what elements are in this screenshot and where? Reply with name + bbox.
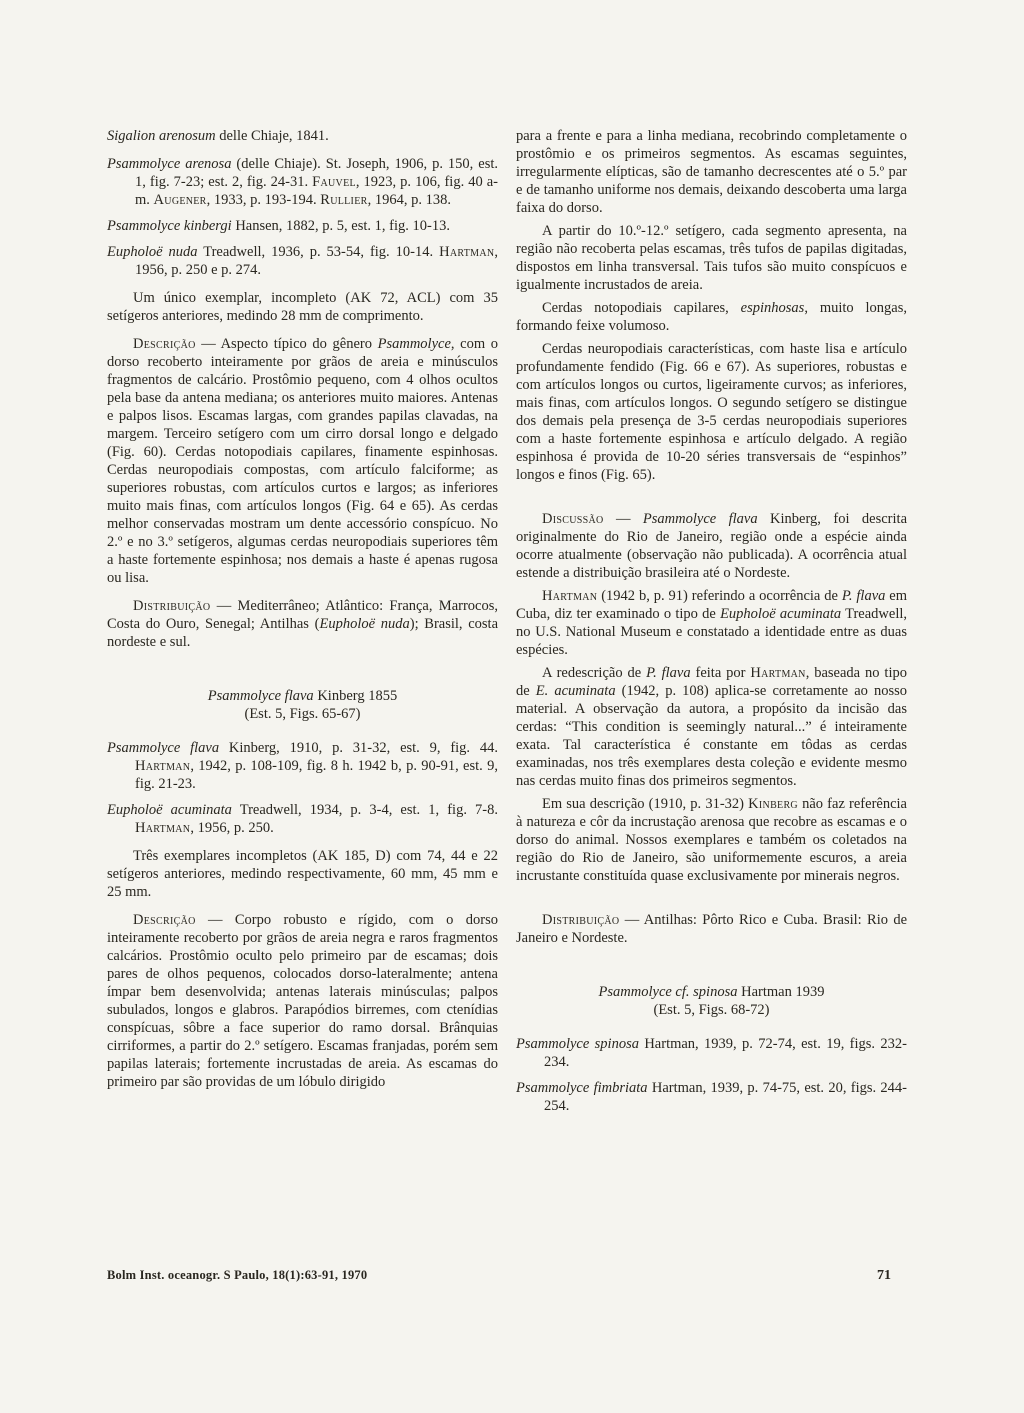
text-run: Três exemplares incompletos (AK 185, D) … [107,848,498,900]
page-number: 71 [877,1268,907,1284]
heading-line: (Est. 5, Figs. 68-72) [516,1001,907,1019]
text-run: A redescrição de [542,665,646,681]
italic-text-run: Psammolyce flava [208,688,314,704]
italic-text-run: Psammolyce flava [107,740,219,756]
smallcaps-text-run: Discussão [542,511,604,527]
page-footer: Bolm Inst. oceanogr. S Paulo, 18(1):63-9… [107,1268,907,1284]
italic-text-run: Psammolyce cf. spinosa [599,984,738,1000]
text-run: Cerdas notopodiais capilares, [542,300,741,316]
text-run: Kinberg 1855 [314,688,398,704]
text-run: Em sua descrição (1910, p. 31-32) [542,796,748,812]
body-paragraph: Cerdas notopodiais capilares, espinhosas… [516,299,907,335]
body-paragraph: A partir do 10.º-12.º setígero, cada seg… [516,222,907,294]
body-paragraph: Hartman (1942 b, p. 91) referindo a ocor… [516,587,907,659]
smallcaps-text-run: Hartman [439,244,494,260]
text-run: — Corpo robusto e rígido, com o dorso in… [107,912,498,1090]
reference-entry: Psammolyce flava Kinberg, 1910, p. 31-32… [107,739,498,793]
italic-text-run: Psammolyce fimbriata [516,1080,648,1096]
body-paragraph: Em sua descrição (1910, p. 31-32) Kinber… [516,795,907,885]
italic-text-run: P. flava [646,665,691,681]
smallcaps-text-run: Rullier [320,192,367,208]
italic-text-run: P. flava [842,588,886,604]
smallcaps-text-run: Hartman [135,758,190,774]
italic-text-run: Psammolyce flava [643,511,758,527]
italic-text-run: Eupholoë acuminata [720,606,841,622]
journal-citation: Bolm Inst. oceanogr. S Paulo, 18(1):63-9… [107,1268,367,1283]
italic-text-run: espinhosas [741,300,805,316]
italic-text-run: Psammolyce arenosa [107,156,231,172]
reference-entry: Eupholoë nuda Treadwell, 1936, p. 53-54,… [107,243,498,279]
smallcaps-text-run: Descrição [133,912,196,928]
body-paragraph: Descrição — Aspecto típico do gênero Psa… [107,335,498,587]
text-run: , 1933, p. 193-194. [207,192,321,208]
heading-line: Psammolyce flava Kinberg 1855 [107,687,498,705]
body-paragraph: para a frente e para a linha mediana, re… [516,127,907,217]
body-paragraph: Três exemplares incompletos (AK 185, D) … [107,847,498,901]
text-run: Cerdas neuropodiais características, com… [516,341,907,483]
text-run: A partir do 10.º-12.º setígero, cada seg… [516,223,907,293]
text-run: , com o dorso recoberto inteiramente por… [107,336,498,586]
body-paragraph: Discussão — Psammolyce flava Kinberg, fo… [516,510,907,582]
column-right: para a frente e para a linha mediana, re… [516,127,907,1123]
body-paragraph: Cerdas neuropodiais características, com… [516,340,907,484]
body-paragraph: Distribuição — Antilhas: Pôrto Rico e Cu… [516,911,907,947]
italic-text-run: Sigalion arenosum [107,128,216,144]
italic-text-run: Eupholoë nuda [319,616,409,632]
text-run: , 1964, p. 138. [368,192,451,208]
reference-entry: Psammolyce kinbergi Hansen, 1882, p. 5, … [107,217,498,235]
text-run: para a frente e para a linha mediana, re… [516,128,907,216]
two-column-layout: Sigalion arenosum delle Chiaje, 1841.Psa… [107,127,907,1123]
text-run: (1942 b, p. 91) referindo a ocorrência d… [597,588,842,604]
reference-entry: Psammolyce spinosa Hartman, 1939, p. 72-… [516,1035,907,1071]
body-paragraph: Descrição — Corpo robusto e rígido, com … [107,911,498,1091]
smallcaps-text-run: Hartman [542,588,597,604]
text-run: — Aspecto típico do gênero [196,336,378,352]
smallcaps-text-run: Descrição [133,336,196,352]
text-run: Treadwell, 1934, p. 3-4, est. 1, fig. 7-… [232,802,498,818]
smallcaps-text-run: Fauvel [312,174,356,190]
reference-entry: Sigalion arenosum delle Chiaje, 1841. [107,127,498,145]
text-run: Kinberg, 1910, p. 31-32, est. 9, fig. 44… [219,740,498,756]
heading-line: (Est. 5, Figs. 65-67) [107,705,498,723]
document-page: Sigalion arenosum delle Chiaje, 1841.Psa… [0,0,1024,1413]
smallcaps-text-run: Distribuição [133,598,210,614]
italic-text-run: Psammolyce spinosa [516,1036,639,1052]
smallcaps-text-run: Kinberg [748,796,798,812]
italic-text-run: Eupholoë nuda [107,244,198,260]
reference-entry: Psammolyce arenosa (delle Chiaje). St. J… [107,155,498,209]
reference-entry: Eupholoë acuminata Treadwell, 1934, p. 3… [107,801,498,837]
italic-text-run: E. acuminata [536,683,616,699]
smallcaps-text-run: Hartman [750,665,805,681]
smallcaps-text-run: Hartman [135,820,190,836]
text-run: (Est. 5, Figs. 65-67) [245,706,361,722]
body-paragraph: A redescrição de P. flava feita por Hart… [516,664,907,790]
text-run: — [604,511,643,527]
text-run: Um único exemplar, incompleto (AK 72, AC… [107,290,498,324]
text-run: delle Chiaje, 1841. [216,128,329,144]
text-run: Hartman 1939 [737,984,824,1000]
heading-line: Psammolyce cf. spinosa Hartman 1939 [516,983,907,1001]
species-heading: Psammolyce cf. spinosa Hartman 1939(Est.… [516,983,907,1019]
smallcaps-text-run: Distribuição [542,912,619,928]
italic-text-run: Psammolyce [378,336,451,352]
smallcaps-text-run: Augener [154,192,207,208]
italic-text-run: Psammolyce kinbergi [107,218,232,234]
text-run: (Est. 5, Figs. 68-72) [654,1002,770,1018]
body-paragraph: Um único exemplar, incompleto (AK 72, AC… [107,289,498,325]
text-run: , 1956, p. 250. [190,820,273,836]
reference-entry: Psammolyce fimbriata Hartman, 1939, p. 7… [516,1079,907,1115]
text-run: , 1942, p. 108-109, fig. 8 h. 1942 b, p.… [135,758,498,792]
body-paragraph: Distribuição — Mediterrâneo; Atlântico: … [107,597,498,651]
text-run: feita por [691,665,751,681]
species-heading: Psammolyce flava Kinberg 1855(Est. 5, Fi… [107,687,498,723]
text-run: Treadwell, 1936, p. 53-54, fig. 10-14. [198,244,440,260]
column-left: Sigalion arenosum delle Chiaje, 1841.Psa… [107,127,498,1123]
italic-text-run: Eupholoë acuminata [107,802,232,818]
text-run: Hansen, 1882, p. 5, est. 1, fig. 10-13. [232,218,450,234]
